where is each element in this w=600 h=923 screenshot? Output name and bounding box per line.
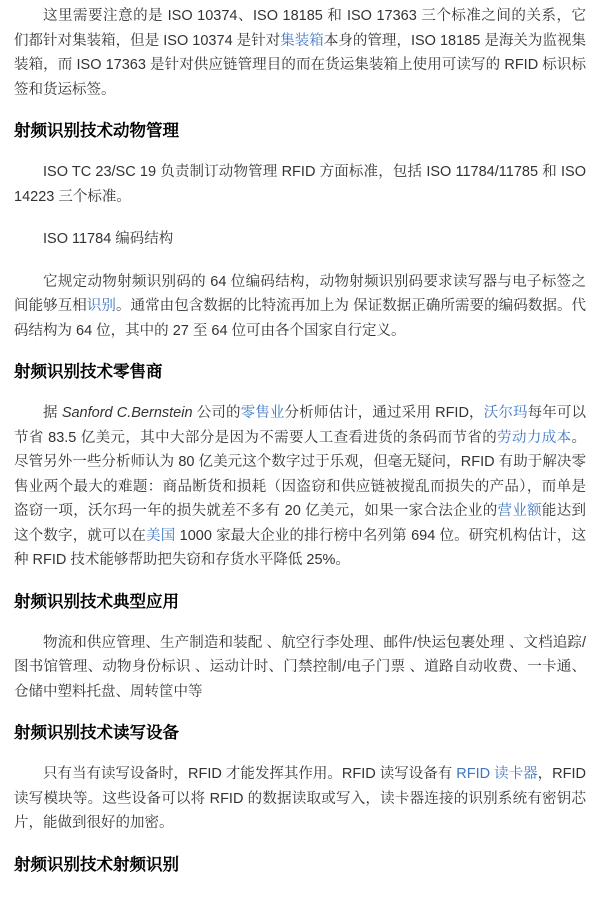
- inline-link[interactable]: 沃尔玛: [484, 405, 528, 421]
- text-segment: 射频识别技术零售商: [14, 363, 163, 381]
- inline-link[interactable]: 零售业: [241, 405, 285, 421]
- paragraph: 这里需要注意的是 ISO 10374、ISO 18185 和 ISO 17363…: [14, 4, 586, 102]
- text-segment: 射频识别技术典型应用: [14, 593, 179, 611]
- text-segment: Sanford C.Bernstein: [62, 405, 193, 421]
- text-segment: 物流和供应管理、生产制造和装配 、航空行李处理、邮件/快运包裹处理 、文档追踪/…: [14, 635, 586, 700]
- inline-link[interactable]: 美国: [146, 528, 175, 544]
- inline-link[interactable]: RFID 读卡器: [456, 766, 537, 782]
- text-segment: 据: [43, 405, 62, 421]
- section-heading: 射频识别技术射频识别: [14, 854, 586, 876]
- section-heading: 射频识别技术典型应用: [14, 591, 586, 613]
- text-segment: ISO TC 23/SC 19 负责制订动物管理 RFID 方面标准，包括 IS…: [14, 164, 586, 205]
- inline-link[interactable]: 营业额: [498, 503, 542, 519]
- section-heading: 射频识别技术动物管理: [14, 120, 586, 142]
- paragraph: 只有当有读写设备时，RFID 才能发挥其作用。RFID 读写设备有 RFID 读…: [14, 762, 586, 836]
- inline-link[interactable]: 识别: [87, 298, 116, 314]
- section-heading: 射频识别技术零售商: [14, 361, 586, 383]
- text-segment: 射频识别技术射频识别: [14, 856, 179, 874]
- paragraph: ISO 11784 编码结构: [14, 227, 586, 252]
- inline-link[interactable]: 劳动力成本: [497, 430, 571, 446]
- article-body: 这里需要注意的是 ISO 10374、ISO 18185 和 ISO 17363…: [0, 4, 600, 923]
- inline-link[interactable]: 集装箱: [280, 33, 324, 49]
- section-heading: 射频识别技术读写设备: [14, 722, 586, 744]
- text-segment: 射频识别技术动物管理: [14, 122, 179, 140]
- text-segment: 射频识别技术读写设备: [14, 724, 179, 742]
- paragraph: ISO TC 23/SC 19 负责制订动物管理 RFID 方面标准，包括 IS…: [14, 160, 586, 209]
- text-segment: ISO 11784 编码结构: [43, 231, 173, 247]
- text-segment: 公司的: [193, 405, 241, 421]
- paragraph: 物流和供应管理、生产制造和装配 、航空行李处理、邮件/快运包裹处理 、文档追踪/…: [14, 631, 586, 705]
- paragraph: 它规定动物射频识别码的 64 位编码结构，动物射频识别码要求读写器与电子标签之间…: [14, 270, 586, 344]
- text-segment: 分析师估计，通过采用 RFID，: [285, 405, 484, 421]
- text-segment: 只有当有读写设备时，RFID 才能发挥其作用。RFID 读写设备有: [43, 766, 456, 782]
- paragraph: 据 Sanford C.Bernstein 公司的零售业分析师估计，通过采用 R…: [14, 401, 586, 573]
